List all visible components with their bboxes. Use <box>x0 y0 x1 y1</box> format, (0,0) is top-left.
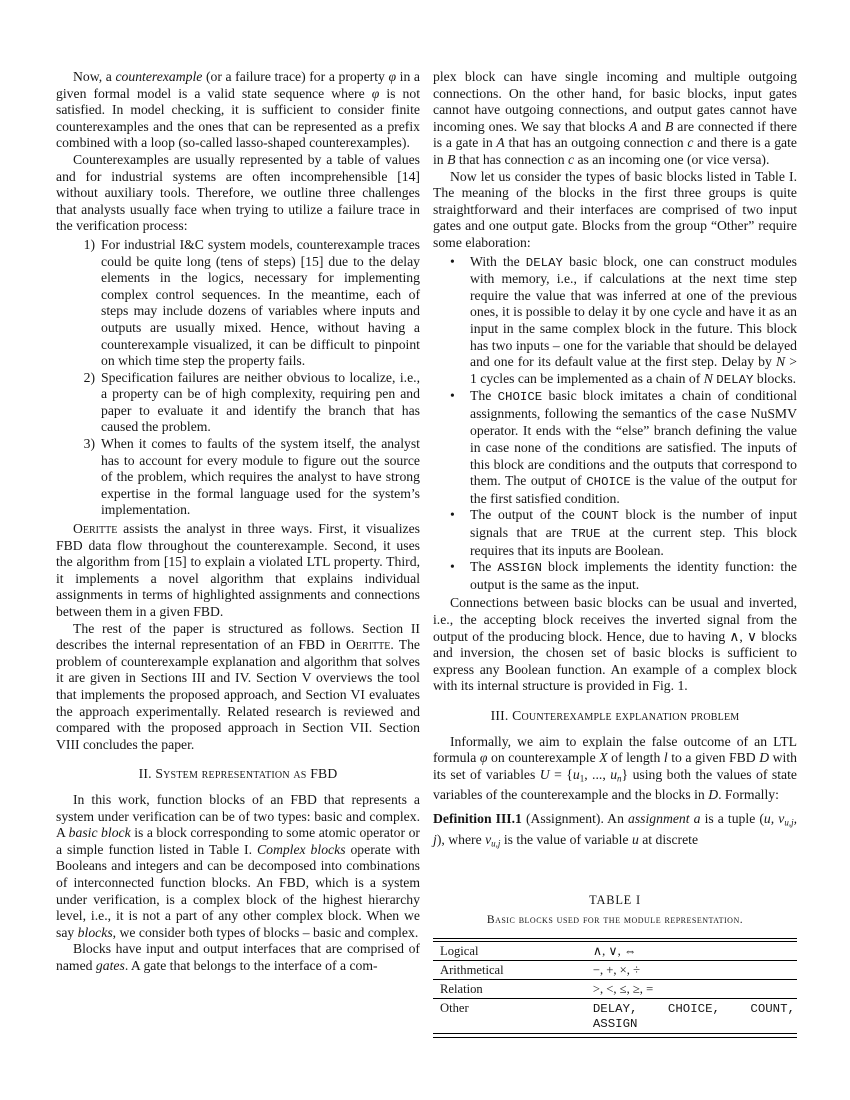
bullet-item-text: The CHOICE basic block imitates a chain … <box>470 388 797 507</box>
list-item-3: 3) When it comes to faults of the system… <box>56 436 420 519</box>
bullet-marker: • <box>450 388 462 507</box>
paragraph-block-types: In this work, function blocks of an FBD … <box>56 792 420 941</box>
paragraph-counterexample-challenges-intro: Counterexamples are usually represented … <box>56 152 420 235</box>
table-cell-value: DELAY, CHOICE, COUNT, ASSIGN <box>586 999 797 1034</box>
table-cell-value: −, +, ×, ÷ <box>586 961 797 980</box>
bullet-item-text: The output of the COUNT block is the num… <box>470 507 797 559</box>
challenges-numbered-list: 1) For industrial I&C system models, cou… <box>56 237 420 519</box>
bullet-marker: • <box>450 254 462 389</box>
table-row-logical: Logical ∧, ∨, ⇔ <box>433 942 797 961</box>
bullet-item-text: With the DELAY basic block, one can cons… <box>470 254 797 389</box>
list-item-number: 1) <box>72 237 95 370</box>
table-1-rules: Logical ∧, ∨, ⇔ Arithmetical −, +, ×, ÷ … <box>433 938 797 1038</box>
list-item-text: For industrial I&C system models, counte… <box>101 237 420 370</box>
table-cell-value: >, <, ≤, ≥, = <box>586 980 797 999</box>
section-heading-iii: III. Counterexample explanation problem <box>433 708 797 725</box>
bullet-marker: • <box>450 507 462 559</box>
paragraph-inverted-connections: Connections between basic blocks can be … <box>433 595 797 695</box>
table-row-other: Other DELAY, CHOICE, COUNT, ASSIGN <box>433 999 797 1034</box>
paragraph-paper-structure: The rest of the paper is structured as f… <box>56 621 420 754</box>
table-1-subtitle: Basic blocks used for the module represe… <box>433 912 797 929</box>
bullet-item-choice: • The CHOICE basic block imitates a chai… <box>433 388 797 507</box>
table-cell-label: Arithmetical <box>433 961 586 980</box>
list-item-1: 1) For industrial I&C system models, cou… <box>56 237 420 370</box>
paragraph-connections-continued: plex block can have single incoming and … <box>433 69 797 169</box>
list-item-number: 2) <box>72 370 95 436</box>
bullet-item-count: • The output of the COUNT block is the n… <box>433 507 797 559</box>
list-item-2: 2) Specification failures are neither ob… <box>56 370 420 436</box>
table-row-arithmetical: Arithmetical −, +, ×, ÷ <box>433 961 797 980</box>
paragraph-problem-informal: Informally, we aim to explain the false … <box>433 734 797 804</box>
paper-page: Now, a counterexample (or a failure trac… <box>0 0 850 1100</box>
table-cell-value: ∧, ∨, ⇔ <box>586 942 797 961</box>
table-cell-label: Relation <box>433 980 586 999</box>
paragraph-basic-block-types-intro: Now let us consider the types of basic b… <box>433 169 797 252</box>
paragraph-gates-intro: Blocks have input and output interfaces … <box>56 941 420 974</box>
list-item-text: Specification failures are neither obvio… <box>101 370 420 436</box>
table-cell-label: Logical <box>433 942 586 961</box>
table-1-block: TABLE I Basic blocks used for the module… <box>433 892 797 1038</box>
section-heading-ii: II. System representation as FBD <box>56 766 420 783</box>
list-item-text: When it comes to faults of the system it… <box>101 436 420 519</box>
paragraph-oeritte-contributions: Oeritte assists the analyst in three way… <box>56 521 420 621</box>
table-cell-label: Other <box>433 999 586 1034</box>
other-blocks-bullet-list: • With the DELAY basic block, one can co… <box>433 254 797 594</box>
basic-blocks-table: Logical ∧, ∨, ⇔ Arithmetical −, +, ×, ÷ … <box>433 941 797 1034</box>
bullet-item-assign: • The ASSIGN block implements the identi… <box>433 559 797 593</box>
bullet-marker: • <box>450 559 462 593</box>
bullet-item-delay: • With the DELAY basic block, one can co… <box>433 254 797 389</box>
paragraph-counterexample-definition: Now, a counterexample (or a failure trac… <box>56 69 420 152</box>
left-column: Now, a counterexample (or a failure trac… <box>56 69 420 974</box>
table-1-title: TABLE I <box>433 892 797 909</box>
paragraph-definition-iii-1: Definition III.1 (Assignment). An assign… <box>433 811 797 851</box>
bullet-item-text: The ASSIGN block implements the identity… <box>470 559 797 593</box>
list-item-number: 3) <box>72 436 95 519</box>
table-row-relation: Relation >, <, ≤, ≥, = <box>433 980 797 999</box>
right-column: plex block can have single incoming and … <box>433 69 797 1038</box>
